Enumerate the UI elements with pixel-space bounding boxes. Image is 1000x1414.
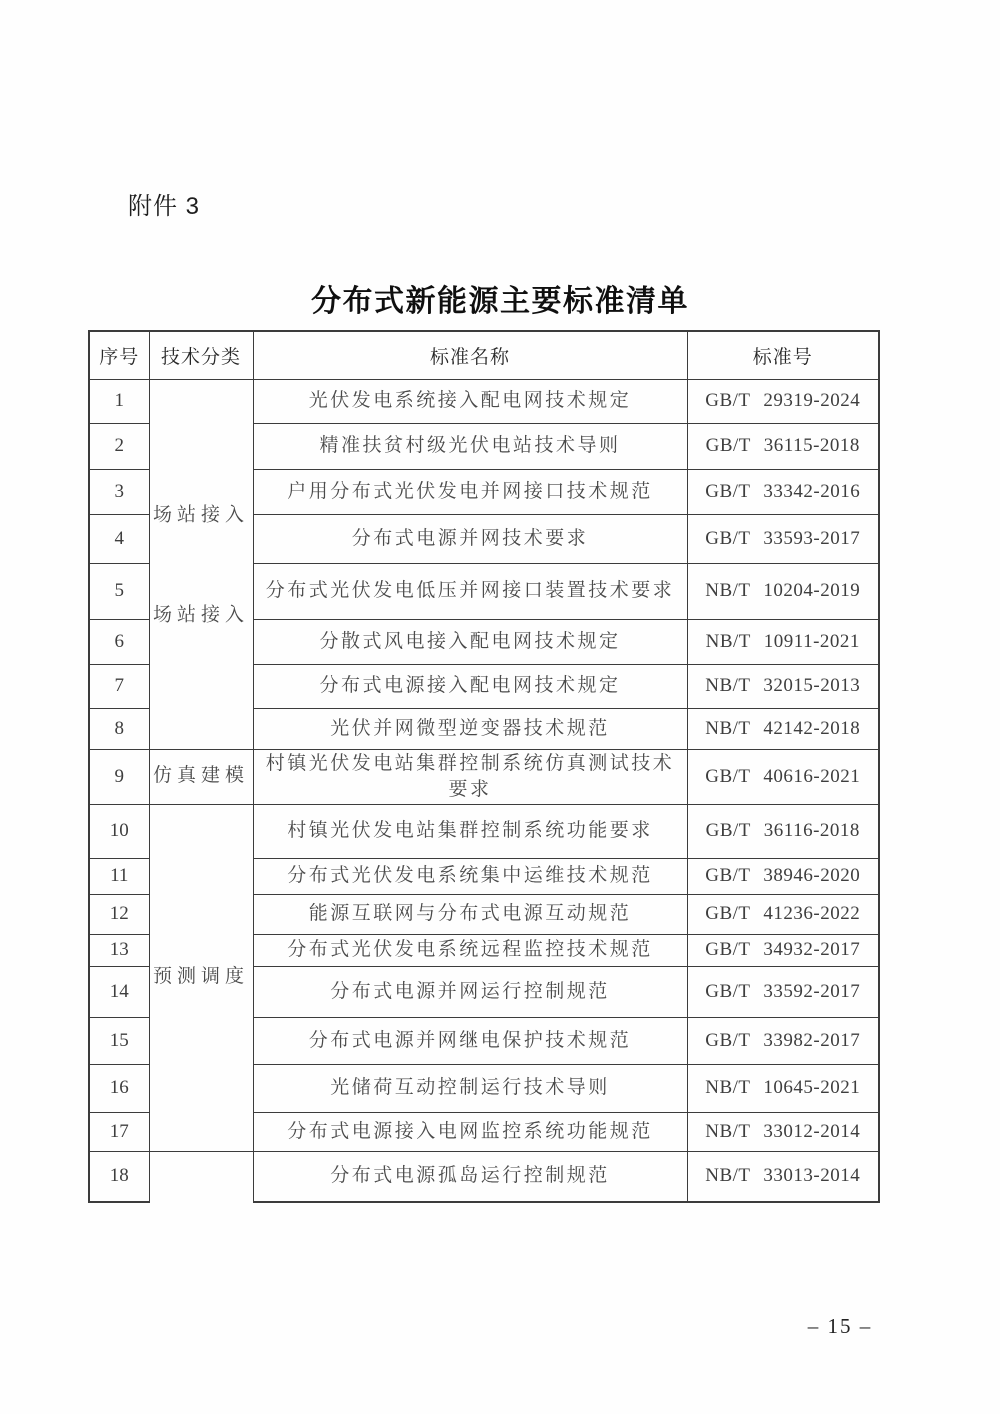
row-number: 8 — [89, 708, 149, 749]
standard-name: 能源互联网与分布式电源互动规范 — [253, 894, 687, 934]
row-number: 2 — [89, 423, 149, 469]
table-header-row: 序号 技术分类 标准名称 标准号 — [89, 331, 879, 379]
standard-code: GB/T 41236-2022 — [687, 894, 879, 934]
document-page: 附件 3 分布式新能源主要标准清单 序号 技术分类 标准名称 标准号 1 场站接… — [0, 0, 1000, 1414]
row-number: 17 — [89, 1112, 149, 1151]
row-number: 1 — [89, 379, 149, 423]
standard-code: GB/T 34932-2017 — [687, 934, 879, 966]
row-number: 7 — [89, 664, 149, 708]
row-number: 10 — [89, 804, 149, 858]
standard-code: GB/T 33593-2017 — [687, 514, 879, 563]
standard-code: NB/T 33013-2014 — [687, 1151, 879, 1202]
row-number: 4 — [89, 514, 149, 563]
row-number: 12 — [89, 894, 149, 934]
standard-code: GB/T 33592-2017 — [687, 966, 879, 1017]
table-row: 10 预测调度 村镇光伏发电站集群控制系统功能要求 GB/T 36116-201… — [89, 804, 879, 858]
table-row: 9 仿真建模 村镇光伏发电站集群控制系统仿真测试技术要求 GB/T 40616-… — [89, 749, 879, 804]
standard-name: 村镇光伏发电站集群控制系统功能要求 — [253, 804, 687, 858]
standards-table: 序号 技术分类 标准名称 标准号 1 场站接入 场站接入 光伏发电系统接入配电网… — [88, 330, 880, 1203]
row-number: 18 — [89, 1151, 149, 1202]
standard-code: GB/T 29319-2024 — [687, 379, 879, 423]
page-number: – 15 – — [790, 1314, 890, 1339]
standard-code: GB/T 36115-2018 — [687, 423, 879, 469]
standard-name: 分布式电源并网运行控制规范 — [253, 966, 687, 1017]
category-cell-station-access: 场站接入 场站接入 — [149, 379, 253, 749]
standard-name: 分布式电源孤岛运行控制规范 — [253, 1151, 687, 1202]
standard-name: 分布式光伏发电系统远程监控技术规范 — [253, 934, 687, 966]
page-title: 分布式新能源主要标准清单 — [0, 276, 1000, 320]
standard-name: 光伏发电系统接入配电网技术规定 — [253, 379, 687, 423]
category-cell-empty — [149, 1151, 253, 1202]
row-number: 5 — [89, 563, 149, 619]
table-row: 18 分布式电源孤岛运行控制规范 NB/T 33013-2014 — [89, 1151, 879, 1202]
column-header-no: 序号 — [89, 331, 149, 379]
column-header-name: 标准名称 — [253, 331, 687, 379]
row-number: 16 — [89, 1064, 149, 1112]
category-label: 场站接入 — [150, 604, 253, 627]
standard-code: GB/T 38946-2020 — [687, 858, 879, 894]
standard-code: NB/T 32015-2013 — [687, 664, 879, 708]
standard-name: 精准扶贫村级光伏电站技术导则 — [253, 423, 687, 469]
standard-name: 分布式电源并网继电保护技术规范 — [253, 1017, 687, 1064]
standard-code: NB/T 42142-2018 — [687, 708, 879, 749]
standard-code: NB/T 10204-2019 — [687, 563, 879, 619]
standard-name: 分散式风电接入配电网技术规定 — [253, 619, 687, 664]
standard-code: GB/T 33982-2017 — [687, 1017, 879, 1064]
column-header-code: 标准号 — [687, 331, 879, 379]
row-number: 3 — [89, 469, 149, 514]
category-cell-forecast-dispatch: 预测调度 — [149, 804, 253, 1151]
standard-name: 分布式光伏发电系统集中运维技术规范 — [253, 858, 687, 894]
category-label: 场站接入 — [150, 505, 253, 528]
standard-code: NB/T 10645-2021 — [687, 1064, 879, 1112]
standard-code: GB/T 33342-2016 — [687, 469, 879, 514]
category-cell-simulation: 仿真建模 — [149, 749, 253, 804]
table-row: 1 场站接入 场站接入 光伏发电系统接入配电网技术规定 GB/T 29319-2… — [89, 379, 879, 423]
row-number: 9 — [89, 749, 149, 804]
standard-code: GB/T 36116-2018 — [687, 804, 879, 858]
row-number: 11 — [89, 858, 149, 894]
standard-name: 分布式电源并网技术要求 — [253, 514, 687, 563]
standard-code: NB/T 10911-2021 — [687, 619, 879, 664]
column-header-category: 技术分类 — [149, 331, 253, 379]
standard-name: 分布式光伏发电低压并网接口装置技术要求 — [253, 563, 687, 619]
standard-code: GB/T 40616-2021 — [687, 749, 879, 804]
standard-name: 分布式电源接入配电网技术规定 — [253, 664, 687, 708]
row-number: 13 — [89, 934, 149, 966]
standard-name: 光伏并网微型逆变器技术规范 — [253, 708, 687, 749]
standard-name: 村镇光伏发电站集群控制系统仿真测试技术要求 — [253, 749, 687, 804]
standard-name: 分布式电源接入电网监控系统功能规范 — [253, 1112, 687, 1151]
standard-code: NB/T 33012-2014 — [687, 1112, 879, 1151]
standard-name: 户用分布式光伏发电并网接口技术规范 — [253, 469, 687, 514]
row-number: 15 — [89, 1017, 149, 1064]
row-number: 14 — [89, 966, 149, 1017]
standard-name: 光储荷互动控制运行技术导则 — [253, 1064, 687, 1112]
attachment-label: 附件 3 — [128, 186, 200, 221]
row-number: 6 — [89, 619, 149, 664]
